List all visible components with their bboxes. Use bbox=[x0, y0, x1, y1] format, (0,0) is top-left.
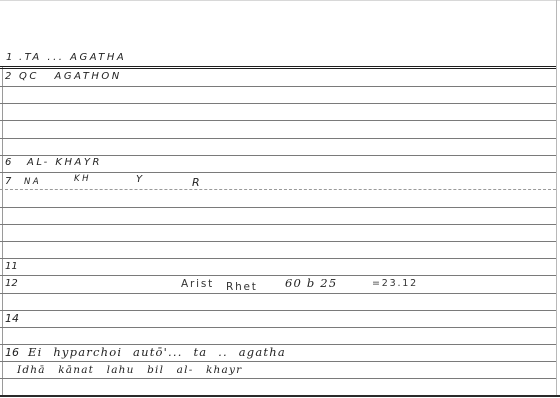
row-text: QC AGATHON bbox=[19, 71, 122, 82]
ruled-line bbox=[0, 327, 556, 328]
row-number: 12 bbox=[5, 278, 18, 289]
row-number: 7 bbox=[5, 176, 11, 187]
arabic-transliteration: Idhā kānat lahu bil al- khayr bbox=[17, 364, 242, 376]
reference-equivalent: =23.12 bbox=[372, 278, 418, 289]
row-text: .TA ... AGATHA bbox=[19, 52, 126, 63]
card-right-edge bbox=[556, 0, 557, 396]
ruled-line bbox=[0, 224, 556, 225]
row-number: 1 bbox=[6, 52, 12, 63]
ruled-line bbox=[0, 310, 556, 311]
ruled-line bbox=[0, 172, 556, 173]
reference-title: Rhet bbox=[226, 281, 258, 293]
card-top-edge bbox=[0, 0, 560, 1]
ruled-line bbox=[0, 293, 556, 294]
transliteration-part: R bbox=[192, 176, 202, 189]
ruled-line bbox=[0, 120, 556, 121]
ruled-line bbox=[0, 258, 556, 259]
row-number: 6 bbox=[5, 157, 11, 168]
row-number: 16 bbox=[5, 346, 19, 359]
ruled-line bbox=[0, 86, 556, 87]
row-number: 11 bbox=[5, 261, 18, 272]
ruled-line bbox=[0, 275, 556, 276]
transliteration-part: Y bbox=[136, 174, 145, 185]
transliteration-part: NA bbox=[24, 177, 41, 187]
transliteration-part: KH bbox=[74, 174, 91, 184]
ruled-line bbox=[0, 103, 556, 104]
ruled-line bbox=[0, 361, 556, 362]
ruled-line bbox=[0, 68, 556, 69]
ruled-line bbox=[0, 378, 556, 379]
ruled-line bbox=[0, 138, 556, 139]
index-card: 1 .TA ... AGATHA 2 QC AGATHON 6 AL- KHAY… bbox=[0, 0, 560, 398]
reference-work: Arist bbox=[181, 278, 214, 290]
row-text: AL- KHAYR bbox=[27, 157, 102, 168]
row-number: 2 bbox=[5, 71, 11, 82]
reference-locus: 60 b 25 bbox=[285, 276, 337, 290]
card-bottom-edge bbox=[0, 395, 560, 397]
card-left-margin-line bbox=[2, 66, 3, 396]
ruled-line bbox=[0, 207, 556, 208]
row-number: 14 bbox=[5, 312, 19, 325]
ruled-line bbox=[0, 66, 556, 67]
ruled-line bbox=[0, 241, 556, 242]
ruled-line bbox=[0, 155, 556, 156]
ruled-line bbox=[0, 189, 556, 190]
greek-transliteration: Ei hyparchoi autō'... ta .. agatha bbox=[28, 345, 286, 359]
